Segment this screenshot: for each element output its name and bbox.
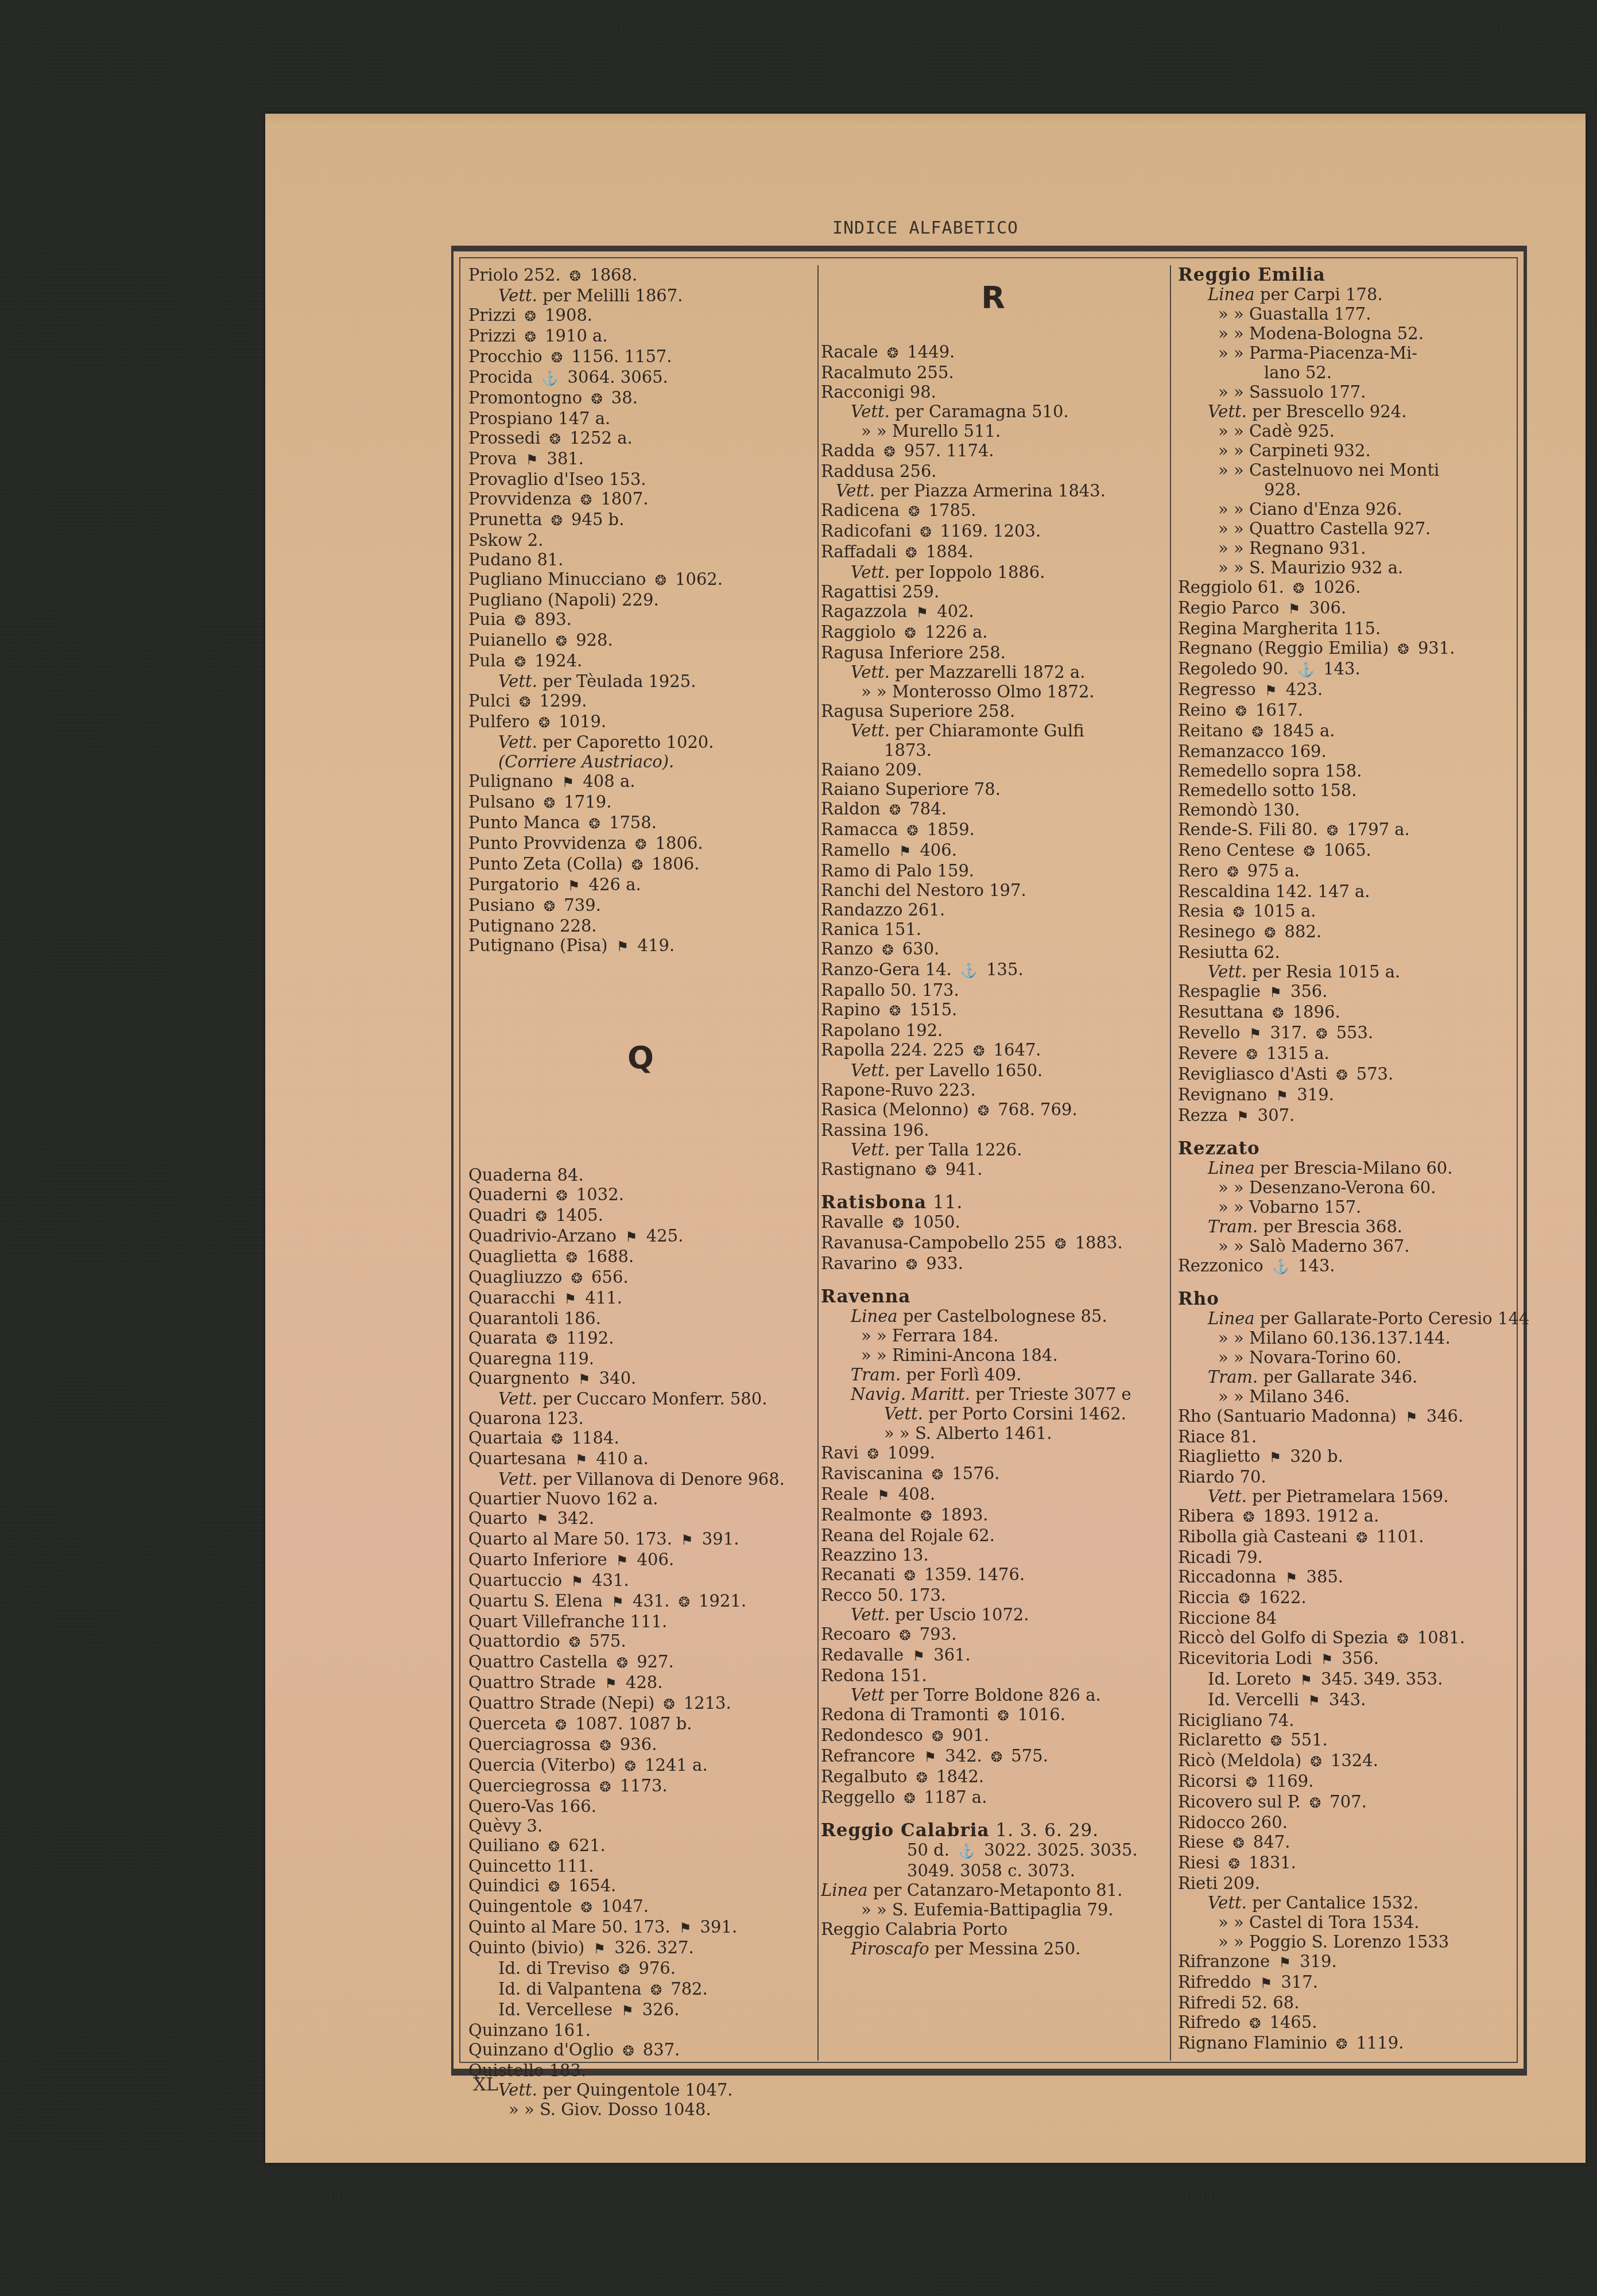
index-subentry: (Corriere Austriaco). bbox=[468, 752, 813, 771]
entry-text: 1315 a. bbox=[1261, 1044, 1329, 1063]
index-entry: Rifredi 52. 68. bbox=[1178, 1993, 1517, 2012]
entry-text: 307. bbox=[1253, 1106, 1295, 1125]
entry-text: 317. bbox=[1276, 1972, 1318, 1992]
entry-text: 1785. bbox=[923, 501, 976, 520]
city-heading: Rho bbox=[1178, 1289, 1517, 1309]
index-subentry: » » Monterosso Olmo 1872. bbox=[821, 682, 1165, 701]
entry-text: 319. bbox=[1294, 1952, 1337, 1971]
connection-type-label: (Corriere Austriaco). bbox=[498, 752, 674, 771]
entry-text: 391. bbox=[695, 1917, 737, 1937]
entry-text: » » Cadè 925. bbox=[1218, 421, 1335, 441]
city-heading: Reggio Emilia bbox=[1178, 265, 1517, 285]
index-entry: Rezza ⚑ 307. bbox=[1178, 1106, 1517, 1126]
index-entry: Prova ⚑ 381. bbox=[468, 449, 813, 470]
coach-icon: ❂ bbox=[635, 835, 646, 854]
entry-text: per Torre Boldone 826 a. bbox=[885, 1685, 1101, 1705]
entry-text: Quartesana bbox=[468, 1449, 572, 1468]
index-entry: Rapone-Ruvo 223. bbox=[821, 1080, 1165, 1100]
coach-icon: ❂ bbox=[904, 1789, 916, 1808]
index-entry: Prunetta ❂ 945 b. bbox=[468, 510, 813, 530]
connection-type-label: Vett. bbox=[851, 1605, 890, 1624]
entry-text: Rassina 196. bbox=[821, 1120, 929, 1140]
coach-icon: ❂ bbox=[1311, 1752, 1322, 1771]
entry-text: Quinto al Mare 50. 173. bbox=[468, 1917, 676, 1937]
city-name: Reggio Calabria bbox=[821, 1820, 990, 1841]
entry-text: per Brescia 368. bbox=[1258, 1217, 1402, 1236]
index-entry: Reana del Rojale 62. bbox=[821, 1526, 1165, 1545]
connection-type-label: Vett. bbox=[498, 1469, 537, 1489]
index-entry: Promontogno ❂ 38. bbox=[468, 388, 813, 409]
entry-text: 975 a. bbox=[1242, 861, 1300, 881]
entry-text: Quaderna 84. bbox=[468, 1165, 584, 1185]
index-entry: Quartesana ⚑ 410 a. bbox=[468, 1449, 813, 1469]
index-entry: Rastignano ❂ 941. bbox=[821, 1159, 1165, 1180]
index-entry: Quinzano 161. bbox=[468, 2020, 813, 2040]
index-subentry: » » Castelnuovo nei Monti bbox=[1178, 460, 1517, 480]
index-entry: Puia ❂ 893. bbox=[468, 610, 813, 630]
entry-text: per Melilli 1867. bbox=[537, 286, 683, 305]
entry-text: 621. bbox=[563, 1836, 606, 1855]
index-entry: Quaregna 119. bbox=[468, 1349, 813, 1368]
entry-text: 1831. bbox=[1243, 1853, 1296, 1872]
index-subentry: Piroscafo per Messina 250. bbox=[821, 1939, 1165, 1958]
index-entry: Riclaretto ❂ 551. bbox=[1178, 1730, 1517, 1751]
entry-text: 1169. 1203. bbox=[935, 521, 1041, 541]
book-page: INDICE ALFABETICO Priolo 252. ❂ 1868.Vet… bbox=[265, 114, 1586, 2163]
entry-text: Quincetto 111. bbox=[468, 1856, 594, 1876]
entry-text: Reino bbox=[1178, 700, 1232, 720]
bell-icon: ⚑ bbox=[617, 937, 629, 956]
coach-icon: ❂ bbox=[618, 1960, 630, 1979]
entry-text: Rasica (Melonno) bbox=[821, 1100, 974, 1119]
city-heading: Ratisbona 11. bbox=[821, 1193, 1165, 1212]
index-subentry: » » Vobarno 157. bbox=[1178, 1197, 1517, 1217]
index-entry: Quarantoli 186. bbox=[468, 1309, 813, 1328]
entry-text: Quadri bbox=[468, 1205, 532, 1225]
connection-type-label: Linea bbox=[1208, 1158, 1255, 1178]
index-subentry: » » S. Alberto 1461. bbox=[821, 1424, 1165, 1443]
index-subentry: » » Rimini-Ancona 184. bbox=[821, 1345, 1165, 1365]
index-subentry: Id. Loreto ⚑ 345. 349. 353. bbox=[1178, 1669, 1517, 1690]
entry-text: 1359. 1476. bbox=[919, 1565, 1025, 1584]
entry-text: 1845 a. bbox=[1267, 721, 1335, 740]
entry-text: Recanati bbox=[821, 1565, 901, 1584]
index-entry: Punto Provvidenza ❂ 1806. bbox=[468, 833, 813, 854]
index-subentry: Vett. per Tèulada 1925. bbox=[468, 672, 813, 691]
entry-text: per Brescello 924. bbox=[1247, 402, 1406, 421]
bell-icon: ⚑ bbox=[679, 1918, 692, 1938]
coach-icon: ❂ bbox=[1233, 1833, 1245, 1853]
coach-icon: ❂ bbox=[569, 266, 581, 286]
entry-text: Rastignano bbox=[821, 1159, 922, 1179]
entry-text: Quarto al Mare 50. 173. bbox=[468, 1529, 677, 1549]
entry-text: Quarantoli 186. bbox=[468, 1309, 601, 1328]
entry-text: Prunetta bbox=[468, 510, 548, 529]
entry-text: Querciagrossa bbox=[468, 1735, 596, 1754]
entry-text: 931. bbox=[1413, 638, 1455, 658]
index-entry: Pulfero ❂ 1019. bbox=[468, 712, 813, 732]
entry-text: Rezza bbox=[1178, 1106, 1233, 1125]
index-entry: Randazzo 261. bbox=[821, 900, 1165, 920]
index-entry: Quarto ⚑ 342. bbox=[468, 1508, 813, 1529]
entry-text: 893. bbox=[529, 610, 572, 629]
index-subentry: Vett. per Porto Corsini 1462. bbox=[821, 1404, 1165, 1424]
connection-type-label: Vett. bbox=[851, 1140, 890, 1159]
index-entry: Riardo 70. bbox=[1178, 1467, 1517, 1487]
page-top-edge bbox=[265, 114, 1586, 129]
index-entry: Pulsano ❂ 1719. bbox=[468, 792, 813, 813]
index-entry: Ranica 151. bbox=[821, 920, 1165, 939]
index-entry: Redavalle ⚑ 361. bbox=[821, 1645, 1165, 1666]
entry-text: Riace 81. bbox=[1178, 1427, 1257, 1446]
entry-text: Putignano 228. bbox=[468, 916, 597, 936]
entry-text: Raggiolo bbox=[821, 622, 901, 642]
index-subentry: Tram. per Forlì 409. bbox=[821, 1365, 1165, 1384]
bell-icon: ⚑ bbox=[1405, 1407, 1418, 1427]
entry-text: 782. bbox=[665, 1979, 708, 1999]
index-entry: Pugliano Minucciano ❂ 1062. bbox=[468, 569, 813, 590]
entry-text: Regnano (Reggio Emilia) bbox=[1178, 638, 1394, 658]
entry-text: Ragazzola bbox=[821, 602, 912, 621]
entry-text: Realmonte bbox=[821, 1505, 917, 1525]
index-entry: Raiano 209. bbox=[821, 760, 1165, 779]
entry-text: 573. bbox=[1351, 1064, 1393, 1084]
entry-text: Provvidenza bbox=[468, 489, 577, 509]
entry-text: Rapolla 224. 225 bbox=[821, 1040, 970, 1060]
bell-icon: ⚑ bbox=[877, 1486, 890, 1505]
coach-icon: ❂ bbox=[1327, 821, 1338, 840]
index-subentry: Vett. per Pietramelara 1569. bbox=[1178, 1487, 1517, 1506]
entry-text: 1026. bbox=[1308, 577, 1360, 597]
entry-text: per Talla 1226. bbox=[890, 1140, 1022, 1159]
entry-text: 411. bbox=[580, 1288, 622, 1308]
entry-text: 1187 a. bbox=[919, 1787, 987, 1807]
entry-text: Querciegrossa bbox=[468, 1776, 596, 1795]
entry-text: per Piazza Armerina 1843. bbox=[875, 481, 1106, 501]
index-entry: Putignano (Pisa) ⚑ 419. bbox=[468, 936, 813, 956]
coach-icon: ❂ bbox=[1293, 579, 1304, 598]
entry-text: 343. bbox=[1324, 1690, 1366, 1709]
entry-text: Ravi bbox=[821, 1443, 864, 1463]
connection-type-label: Vett. bbox=[498, 1389, 537, 1409]
index-entry: Quinto al Mare 50. 173. ⚑ 391. bbox=[468, 1917, 813, 1938]
coach-icon: ❂ bbox=[1235, 701, 1247, 721]
entry-text: Raddusa 256. bbox=[821, 461, 937, 481]
entry-text: Reitano bbox=[1178, 721, 1249, 740]
entry-text: Quindici bbox=[468, 1876, 545, 1895]
index-entry: Quagliuzzo ❂ 656. bbox=[468, 1267, 813, 1288]
entry-text: Racale bbox=[821, 342, 883, 362]
index-entry: Quartuccio ⚑ 431. bbox=[468, 1570, 813, 1591]
entry-text: Quinzano 161. bbox=[468, 2020, 591, 2040]
entry-text: Ricò (Meldola) bbox=[1178, 1751, 1307, 1770]
coach-icon: ❂ bbox=[566, 1248, 577, 1267]
entry-text: Ricadi 79. bbox=[1178, 1548, 1263, 1567]
entry-text: Puianello bbox=[468, 630, 552, 650]
index-column-1: Priolo 252. ❂ 1868.Vett. per Melilli 186… bbox=[468, 265, 819, 2061]
entry-text: Quartaia bbox=[468, 1428, 548, 1448]
bell-icon: ⚑ bbox=[924, 1747, 937, 1767]
coach-icon: ❂ bbox=[655, 571, 666, 590]
connection-type-label: Vett. bbox=[884, 1404, 923, 1424]
index-subentry: 50 d. ⚓ 3022. 3025. 3035. bbox=[821, 1840, 1165, 1861]
entry-text: Querceta bbox=[468, 1714, 552, 1733]
coach-icon: ❂ bbox=[1309, 1793, 1321, 1813]
index-entry: Resia ❂ 1015 a. bbox=[1178, 901, 1517, 922]
index-subentry: Vett. per Piazza Armerina 1843. bbox=[821, 481, 1165, 501]
entry-text: Ramello bbox=[821, 840, 896, 860]
index-entry: Raldon ❂ 784. bbox=[821, 799, 1165, 820]
coach-icon: ❂ bbox=[925, 1161, 937, 1180]
index-subentry: Vett. per Caporetto 1020. bbox=[468, 732, 813, 752]
entry-text: Puia bbox=[468, 610, 511, 629]
bell-icon: ⚑ bbox=[568, 876, 580, 895]
entry-text: 340. bbox=[594, 1368, 637, 1388]
entry-text: 928. bbox=[571, 630, 613, 650]
connection-type-label: Vett. bbox=[1208, 962, 1247, 982]
index-entry: Revello ⚑ 317. ❂ 553. bbox=[1178, 1023, 1517, 1044]
coach-icon: ❂ bbox=[631, 855, 643, 875]
coach-icon: ❂ bbox=[589, 814, 600, 833]
bell-icon: ⚑ bbox=[604, 1674, 617, 1693]
index-subentry: Id. di Treviso ❂ 976. bbox=[468, 1958, 813, 1979]
entry-text: Putignano (Pisa) bbox=[468, 936, 613, 955]
coach-icon: ❂ bbox=[932, 1727, 943, 1746]
entry-text: Prossedi bbox=[468, 428, 546, 448]
entry-text: 317. bbox=[1265, 1023, 1312, 1042]
entry-text: 408 a. bbox=[577, 771, 635, 791]
entry-text: Reggiolo 61. bbox=[1178, 577, 1289, 597]
entry-text: » » Milano 346. bbox=[1218, 1387, 1350, 1406]
index-entry: Pula ❂ 1924. bbox=[468, 651, 813, 672]
entry-text: Rapino bbox=[821, 1000, 886, 1019]
entry-text: » » Ciano d'Enza 926. bbox=[1218, 499, 1402, 519]
index-subentry: Vett. per Mazzarelli 1872 a. bbox=[821, 662, 1165, 682]
index-entry: Quingentole ❂ 1047. bbox=[468, 1896, 813, 1917]
section-letter: R bbox=[821, 288, 1165, 308]
coach-icon: ❂ bbox=[883, 442, 895, 461]
index-entry: Quadri ❂ 1405. bbox=[468, 1205, 813, 1226]
index-entry: Rifreddo ⚑ 317. bbox=[1178, 1972, 1517, 1993]
index-column-3: Reggio EmiliaLinea per Carpi 178.» » Gua… bbox=[1178, 265, 1517, 2061]
index-entry: Reggello ❂ 1187 a. bbox=[821, 1787, 1165, 1808]
index-entry: Priolo 252. ❂ 1868. bbox=[468, 265, 813, 286]
entry-text: 1576. bbox=[947, 1464, 999, 1483]
entry-text: Pusiano bbox=[468, 895, 540, 915]
entry-text: 1688. bbox=[581, 1247, 634, 1266]
bell-icon: ⚑ bbox=[899, 841, 912, 861]
entry-text: » » Ferrara 184. bbox=[861, 1326, 999, 1345]
entry-text: Quercia (Viterbo) bbox=[468, 1755, 621, 1775]
index-subentry: » » S. Maurizio 932 a. bbox=[1178, 558, 1517, 577]
connection-type-label: Vett. bbox=[498, 732, 537, 752]
index-subentry: Vett. per Lavello 1650. bbox=[821, 1061, 1165, 1080]
bell-icon: ⚑ bbox=[1249, 1024, 1262, 1044]
index-entry: Linea per Catanzaro-Metaponto 81. bbox=[821, 1880, 1165, 1900]
entry-text: 1910 a. bbox=[540, 326, 608, 346]
entry-text: per Pietramelara 1569. bbox=[1247, 1487, 1448, 1506]
entry-text: 3064. 3065. bbox=[562, 367, 668, 387]
city-name: Rezzato bbox=[1178, 1138, 1260, 1159]
coach-icon: ❂ bbox=[571, 1269, 583, 1288]
coach-icon: ❂ bbox=[892, 1213, 904, 1233]
entry-text: » » Desenzano-Verona 60. bbox=[1218, 1178, 1436, 1197]
connection-type-label: Vett. bbox=[498, 672, 537, 691]
entry-text: 847. bbox=[1248, 1832, 1290, 1852]
entry-text: » » Modena-Bologna 52. bbox=[1218, 324, 1424, 343]
index-entry: Reitano ❂ 1845 a. bbox=[1178, 721, 1517, 742]
index-entry: Remedello sopra 158. bbox=[1178, 761, 1517, 781]
entry-text: Reazzino 13. bbox=[821, 1545, 929, 1565]
connection-type-label: Vett. bbox=[498, 2080, 537, 2100]
index-entry: Ranzo-Gera 14. ⚓ 135. bbox=[821, 960, 1165, 980]
entry-text: 1032. bbox=[571, 1185, 624, 1204]
entry-text: Ricorsi bbox=[1178, 1771, 1242, 1791]
coach-icon: ❂ bbox=[1336, 1065, 1347, 1085]
entry-text: » » Quattro Castella 927. bbox=[1218, 519, 1431, 538]
entry-text: per Caramagna 510. bbox=[890, 402, 1069, 421]
bell-icon: ⚑ bbox=[1321, 1650, 1334, 1669]
index-subentry: Vett. per Quingentole 1047. bbox=[468, 2080, 813, 2100]
entry-text: Quattro Strade bbox=[468, 1673, 601, 1692]
index-entry: Quarona 123. bbox=[468, 1409, 813, 1428]
entry-text: Pula bbox=[468, 651, 511, 670]
entry-text: per Chiaramonte Gulfi bbox=[890, 721, 1084, 740]
index-entry: Quattro Strade (Nepi) ❂ 1213. bbox=[468, 1693, 813, 1714]
entry-text: Reggello bbox=[821, 1787, 901, 1807]
coach-icon: ❂ bbox=[906, 1255, 917, 1274]
entry-text: 1449. bbox=[902, 342, 955, 362]
entry-text: Ragusa Inferiore 258. bbox=[821, 643, 1006, 662]
index-entry: Ricorsi ❂ 1169. bbox=[1178, 1771, 1517, 1792]
entry-text: Rignano Flaminio bbox=[1178, 2033, 1332, 2053]
bell-icon: ⚑ bbox=[1269, 983, 1282, 1002]
entry-text: Prospiano 147 a. bbox=[468, 409, 610, 428]
index-entry: Quart Villefranche 111. bbox=[468, 1612, 813, 1631]
bell-icon: ⚑ bbox=[681, 1530, 693, 1550]
coach-icon: ❂ bbox=[1272, 1003, 1284, 1023]
entry-text: 784. bbox=[904, 799, 947, 819]
connection-type-label: Vett. bbox=[851, 563, 890, 582]
coach-icon: ❂ bbox=[544, 793, 555, 813]
entry-text: per Forlì 409. bbox=[901, 1365, 1021, 1384]
index-entry: Revigliasco d'Asti ❂ 573. bbox=[1178, 1064, 1517, 1085]
entry-text: 406. bbox=[631, 1550, 674, 1569]
entry-text: 402. bbox=[932, 602, 974, 621]
index-entry: Raffadali ❂ 1884. bbox=[821, 542, 1165, 563]
index-entry: Quinto (bivio) ⚑ 326. 327. bbox=[468, 1938, 813, 1958]
connection-type-label: Vett bbox=[851, 1685, 885, 1705]
coach-icon: ❂ bbox=[1264, 923, 1276, 943]
entry-text: 1797 a. bbox=[1342, 820, 1410, 839]
coach-icon: ❂ bbox=[916, 1768, 928, 1787]
entry-text: Ranzo bbox=[821, 939, 878, 959]
entry-text: 326. bbox=[637, 2000, 680, 2019]
entry-text: Refrancore bbox=[821, 1746, 921, 1766]
index-entry: Revere ❂ 1315 a. bbox=[1178, 1044, 1517, 1064]
bell-icon: ⚑ bbox=[621, 2001, 634, 2020]
entry-text: Quargnento bbox=[468, 1368, 575, 1388]
entry-text: 342. bbox=[940, 1746, 987, 1766]
coach-icon: ❂ bbox=[617, 1653, 628, 1673]
index-entry: Quarata ❂ 1192. bbox=[468, 1328, 813, 1349]
city-heading: Ravenna bbox=[821, 1287, 1165, 1306]
entry-text: Ricovero sul P. bbox=[1178, 1792, 1306, 1812]
coach-icon: ❂ bbox=[1246, 1045, 1258, 1064]
entry-text: Reale bbox=[821, 1484, 874, 1504]
entry-text: Punto Provvidenza bbox=[468, 833, 631, 853]
boat-icon: ⚓ bbox=[541, 369, 559, 388]
bell-icon: ⚑ bbox=[616, 1551, 629, 1570]
entry-text: 1015 a. bbox=[1248, 901, 1316, 921]
coach-icon: ❂ bbox=[591, 389, 603, 409]
index-entry: Ricò (Meldola) ❂ 1324. bbox=[1178, 1751, 1517, 1771]
coach-icon: ❂ bbox=[905, 543, 917, 563]
connection-type-label: Tram. bbox=[1208, 1217, 1258, 1236]
entry-text: Quiliano bbox=[468, 1836, 545, 1855]
entry-text: 3049. 3058 c. 3073. bbox=[907, 1861, 1075, 1880]
coach-icon: ❂ bbox=[549, 429, 561, 449]
entry-text: Ricigliano 74. bbox=[1178, 1711, 1294, 1730]
entry-text: Resia bbox=[1178, 901, 1230, 921]
index-entry: Redona di Tramonti ❂ 1016. bbox=[821, 1705, 1165, 1725]
entry-text: Ravarino bbox=[821, 1254, 902, 1273]
entry-text: 391. bbox=[697, 1529, 739, 1549]
index-subentry: Tram. per Brescia 368. bbox=[1178, 1217, 1517, 1236]
index-entry: Quincetto 111. bbox=[468, 1856, 813, 1876]
coach-icon: ❂ bbox=[889, 1001, 901, 1021]
entry-text: Ragusa Superiore 258. bbox=[821, 701, 1015, 721]
entry-text: Racconigi 98. bbox=[821, 382, 936, 402]
entry-text: Rapolano 192. bbox=[821, 1021, 943, 1040]
entry-text: per Porto Corsini 1462. bbox=[923, 1404, 1126, 1424]
entry-text: lano 52. bbox=[1264, 363, 1332, 382]
entry-text: 408. bbox=[893, 1484, 935, 1504]
coach-icon: ❂ bbox=[1398, 639, 1409, 659]
entry-text: 1062. bbox=[670, 569, 723, 589]
coach-icon: ❂ bbox=[1055, 1234, 1066, 1254]
index-entry: Putignano 228. bbox=[468, 916, 813, 936]
entry-text: 1192. bbox=[561, 1328, 614, 1348]
index-entry: Quero-Vas 166. bbox=[468, 1797, 813, 1816]
connection-type-label: Vett. bbox=[851, 721, 890, 740]
coach-icon: ❂ bbox=[998, 1706, 1009, 1725]
coach-icon: ❂ bbox=[867, 1444, 879, 1464]
connection-type-label: Vett. bbox=[836, 481, 875, 501]
entry-text: Resinego bbox=[1178, 922, 1261, 941]
coach-icon: ❂ bbox=[1397, 1629, 1409, 1649]
index-entry: Quattro Castella ❂ 927. bbox=[468, 1652, 813, 1673]
index-entry: Regina Margherita 115. bbox=[1178, 619, 1517, 638]
index-subentry: Vett. per Caramagna 510. bbox=[821, 402, 1165, 421]
index-subentry: Vett. per Cantalice 1532. bbox=[1178, 1893, 1517, 1913]
index-entry: Refrancore ⚑ 342. ❂ 575. bbox=[821, 1746, 1165, 1767]
index-entry: Punto Manca ❂ 1758. bbox=[468, 813, 813, 833]
bell-icon: ⚑ bbox=[562, 773, 575, 792]
index-entry: Querciegrossa ❂ 1173. bbox=[468, 1776, 813, 1797]
entry-text: 1081. bbox=[1412, 1628, 1465, 1647]
entry-text: 342. bbox=[552, 1508, 594, 1528]
index-entry: Recanati ❂ 1359. 1476. bbox=[821, 1565, 1165, 1585]
entry-text: 361. bbox=[928, 1645, 971, 1665]
entry-text: 1156. 1157. bbox=[566, 347, 672, 366]
entry-text: Revello bbox=[1178, 1023, 1246, 1042]
entry-text: Quaglietta bbox=[468, 1247, 563, 1266]
index-entry: Resiutta 62. bbox=[1178, 943, 1517, 962]
index-subentry: Linea per Brescia-Milano 60. bbox=[1178, 1158, 1517, 1178]
entry-text: 768. 769. bbox=[993, 1100, 1077, 1119]
entry-text: Quarto bbox=[468, 1508, 533, 1528]
